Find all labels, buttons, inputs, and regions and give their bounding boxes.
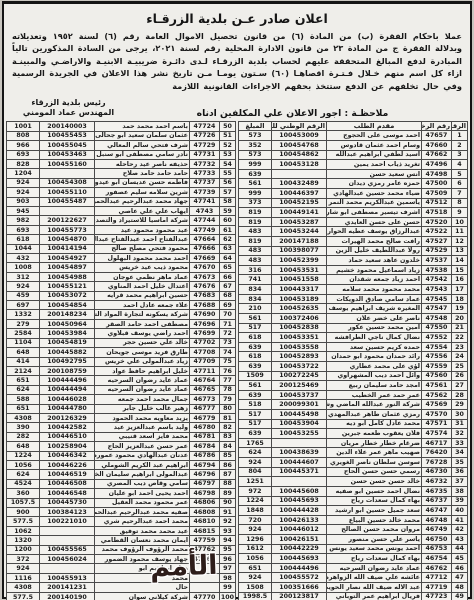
cell-row-number: 37 — [452, 477, 468, 487]
cell-row-number: 15 — [452, 265, 468, 275]
cell-license-number: 47666 — [190, 244, 220, 253]
cell-applicant-name: ياسمين عبدالكريم محمد النمر — [327, 198, 422, 208]
signature-title: رئيس بلدية الزرقاء — [11, 98, 126, 108]
cell-amount: 390 — [7, 423, 40, 432]
table-row: 5647737فاطمه حسن عديسان ابو عيدون1004543… — [7, 178, 236, 187]
cell-national-id: 100446028 — [40, 395, 95, 404]
table-row: 3476420صهيب ماهر عمر علاء الدين100438639… — [239, 448, 468, 458]
cell-national-id: 200140190 — [40, 592, 95, 600]
cell-row-number: 72 — [220, 329, 236, 338]
cell-national-id: 100398077 — [272, 246, 327, 256]
cell-amount: 573 — [239, 131, 272, 141]
cell-amount: 999 — [239, 160, 272, 170]
cell-applicant-name: حمده كريم حسين سعد — [327, 342, 422, 352]
table-body-right: 147657احمد موسى على الحجوج10045300957324… — [239, 131, 468, 600]
cell-row-number: 16 — [452, 275, 468, 285]
cell-national-id: 100454819 — [40, 338, 95, 347]
table-row: 98محمد1004559131116 — [7, 573, 236, 582]
cell-amount: 804 — [239, 467, 272, 477]
cell-amount: 2584 — [7, 329, 40, 338]
cell-amount: 414 — [7, 357, 40, 366]
table-body-left: 5047724باسم احمد محمد حمد200140003100151… — [7, 122, 236, 600]
cell-row-number: 96 — [220, 555, 236, 564]
cell-license-number: 47543 — [422, 285, 452, 295]
cell-license-number: 47496 — [422, 160, 452, 170]
cell-applicant-name: خليل ابراهيم حافظ عواد — [95, 366, 190, 375]
cell-row-number: 57 — [220, 188, 236, 197]
cell-amount: 624 — [7, 385, 40, 394]
table-row: 5747739شرين سلامه سليم عصفور100455110924 — [7, 188, 236, 197]
cell-row-number: 35 — [452, 458, 468, 468]
table-row: 5247729شرف فتحي سالم المعالي100455045966 — [7, 141, 236, 150]
cell-national-id: 100452195 — [272, 198, 327, 208]
cell-row-number: 73 — [220, 338, 236, 347]
table-row: 8846797سامي وقاص ديب المصري1004465084524 — [7, 479, 236, 488]
table-row: 8646794ابراهيم عبد الكريم الشوملي1004462… — [7, 460, 236, 469]
cell-row-number: 52 — [220, 141, 236, 150]
cell-applicant-name: شركة يسكونه لتجارة المواد التموينيه — [95, 310, 190, 319]
table-row: 5847741جهاد محمد عبدالرحيم عبدالحميد1004… — [7, 197, 236, 206]
cell-national-id: 100455160 — [40, 159, 95, 168]
cell-national-id: 100446548 — [40, 489, 95, 498]
cell-national-id: 100455572 — [272, 573, 327, 583]
cell-national-id: 100492795 — [40, 357, 95, 366]
cell-row-number: 6 — [452, 179, 468, 189]
table-row: 1247527رافت صالح محمد الهيرات20014718881… — [239, 237, 468, 247]
cell-national-id: 100452893 — [272, 352, 327, 362]
cell-row-number: 29 — [452, 400, 468, 410]
table-row: 3846735نضال احمد حسين ابو صفيه1004456089… — [239, 486, 468, 496]
cell-license-number: 47660 — [422, 140, 452, 150]
cell-amount: 819 — [239, 208, 272, 218]
cell-applicant-name: يزيد معاويه محمد الحمود — [95, 413, 190, 422]
cell-license-number: 47673 — [190, 272, 220, 281]
cell-amount: 517 — [239, 323, 272, 333]
cell-national-id: 100414194 — [40, 244, 95, 253]
table-row: 647500حمزه عامر رمزي ديدان100432489561 — [239, 179, 468, 189]
table-row: 6547670محمود ذيب عيد خريس1004548971008 — [7, 263, 236, 272]
cell-applicant-name: نادر سامي مصطفى ابو سنبل — [95, 150, 190, 159]
cell-license-number: 46794 — [190, 460, 220, 469]
table-row: 947518اشرف تيسير مصطفى ابو شاروف10044914… — [239, 208, 468, 218]
cell-row-number: 68 — [220, 291, 236, 300]
col-header-license-number: رقم الرخصة — [422, 122, 452, 131]
cell-license-number: 47562 — [422, 390, 452, 400]
cell-national-id: 100446510 — [40, 432, 95, 441]
cell-national-id: 100442229 — [272, 544, 327, 554]
table-row: 5347731نادر سامي مصطفى ابو سنبل100453463… — [7, 150, 236, 159]
table-row: 9547762محمد الرؤوف الرؤوف محمد1004555651… — [7, 545, 236, 554]
cell-national-id: 100446508 — [40, 479, 95, 488]
cell-amount: 639 — [239, 429, 272, 439]
cell-amount: 1765 — [239, 438, 272, 448]
cell-row-number: 60 — [220, 216, 236, 225]
cell-license-number: 47518 — [422, 208, 452, 218]
cell-applicant-name: عبد الاله ضيف الله نصار الحويطات — [327, 582, 422, 592]
cell-amount: 352 — [239, 140, 272, 150]
cell-license-number: 4743 — [190, 207, 220, 216]
cell-applicant-name: ايمان محمد نعسان القطامي — [95, 536, 190, 545]
cell-national-id: 100442582 — [40, 423, 95, 432]
announcement-page: اعلان صادر عـن بلدية الزرقـاء عملا باحكا… — [2, 1, 472, 599]
cell-row-number: 3 — [452, 150, 468, 160]
table-row: 4146748محمد خالد حسين البياع100426133720 — [239, 515, 468, 525]
cell-national-id — [40, 169, 95, 178]
table-row: 5447732حذيفه ناصر عيد رحاحله100455160828 — [7, 159, 236, 168]
cell-applicant-name: رافت صالح محمد الهيرات — [327, 237, 422, 247]
cell-national-id: 100453351 — [272, 333, 327, 343]
header-bottom-row: رئيس بلدية الزرقاء المهندس عماد المومني … — [11, 93, 463, 119]
cell-row-number: 58 — [220, 197, 236, 206]
cell-amount: 1251 — [239, 477, 272, 487]
cell-amount: 651 — [7, 376, 40, 385]
cell-amount: 4524 — [7, 479, 40, 488]
cell-row-number: 36 — [452, 467, 468, 477]
cell-row-number: 69 — [220, 301, 236, 310]
cell-national-id: 100372406 — [272, 313, 327, 323]
cell-amount: 1062 — [7, 526, 40, 535]
cell-applicant-name: امجد حامد سليمان ربيع — [327, 381, 422, 391]
cell-row-number: 95 — [220, 545, 236, 554]
cell-amount: 577.5 — [7, 517, 40, 526]
cell-amount: 1200 — [7, 545, 40, 554]
cell-license-number: 46730 — [422, 467, 452, 477]
cell-amount: 693 — [7, 150, 40, 159]
cell-applicant-name: جهاد يوسف محمود الضمور — [95, 555, 190, 564]
table-row: 594743ايهاب علي علي عاصي945 — [7, 207, 236, 216]
table-row: 4747712عائشه علي ضيف الله الزواهره100455… — [239, 573, 468, 583]
table-row: 4246749مروان محمد حسن الصالح100446012924 — [239, 525, 468, 535]
cell-row-number: 20 — [452, 313, 468, 323]
table-row: 3576728سوسن سلطان ناصر الغويري1004446079… — [239, 458, 468, 468]
cell-row-number: 81 — [220, 413, 236, 422]
cell-license-number: 47711 — [190, 366, 220, 375]
table-row: 7347702خالد علي حسين حجر1004548191104 — [7, 338, 236, 347]
cell-amount: 834 — [239, 294, 272, 304]
cell-national-id — [40, 564, 95, 573]
cell-amount: 1204 — [7, 169, 40, 178]
cell-national-id: 100454988 — [40, 272, 95, 281]
cell-amount: 697 — [7, 301, 40, 310]
cell-license-number: 47509 — [422, 189, 452, 199]
cell-row-number: 54 — [220, 159, 236, 168]
cell-applicant-name: محمود فتحي مصلح صالح — [95, 244, 190, 253]
cell-row-number: 90 — [220, 498, 236, 507]
cell-national-id: 100272245 — [272, 371, 327, 381]
cell-row-number: 79 — [220, 395, 236, 404]
cell-national-id — [40, 207, 95, 216]
cell-applicant-name: اسيد لطفي ابراهيم عبدالله — [327, 150, 422, 160]
cell-amount: 903 — [7, 197, 40, 206]
cell-amount: 639 — [239, 342, 272, 352]
cell-applicant-name: احمد محمد محمود البهلول — [95, 254, 190, 263]
cell-amount: 1332 — [7, 310, 40, 319]
cell-national-id: 100451558 — [272, 275, 327, 285]
cell-applicant-name: عبدالرزاق يوسف عطيه الحواري — [327, 227, 422, 237]
cell-applicant-name: محمد عادل كامل ابو ديه — [327, 419, 422, 429]
cell-row-number: 45 — [452, 554, 468, 564]
cell-license-number: 47520 — [422, 217, 452, 227]
cell-national-id: 100444496 — [40, 376, 95, 385]
table-row: 7447708طارق فريد موسى جويحان100445882648 — [7, 348, 236, 357]
cell-row-number: 30 — [452, 410, 468, 420]
table-row: 9346815عيد محمد محمد توفيق1062 — [7, 526, 236, 535]
cell-amount: 573 — [239, 150, 272, 160]
cell-applicant-name: شرين سلامه سليم عصفور — [95, 188, 190, 197]
cell-applicant-name: عثمان سلمان سعيد ابو جحالى — [95, 131, 190, 140]
cell-row-number: 9 — [452, 208, 468, 218]
cell-license-number: 47709 — [190, 357, 220, 366]
col-header-amount: المبلغ — [239, 122, 272, 131]
cell-national-id: 100454308 — [40, 178, 95, 187]
cell-applicant-name: حسن على حسن العايدي — [327, 217, 422, 227]
cell-row-number: 84 — [220, 442, 236, 451]
table-row: 1347529رولا عبداللطيف خليل الزين10039807… — [239, 246, 468, 256]
cell-amount: 648 — [7, 348, 40, 357]
table-row: 8546786عدنان عبدالهادي محمود عموره100446… — [7, 451, 236, 460]
cell-license-number: 47548 — [422, 313, 452, 323]
cell-license-number: 47569 — [422, 400, 452, 410]
cell-amount: 999 — [239, 189, 272, 199]
table-row: 9647764جهاد يوسف محمود الضمور10045602437… — [7, 555, 236, 564]
cell-row-number: 56 — [220, 178, 236, 187]
cell-row-number: 22 — [452, 333, 468, 343]
cell-row-number: 46 — [452, 563, 468, 573]
cell-license-number: 46781 — [190, 432, 220, 441]
cell-amount: 924 — [239, 525, 272, 535]
cell-license-number: 47550 — [422, 323, 452, 333]
cell-amount: 618 — [7, 235, 40, 244]
cell-row-number: 14 — [452, 256, 468, 266]
cell-amount: 1056 — [7, 460, 40, 469]
cell-license-number: 46797 — [190, 479, 220, 488]
cell-applicant-name: محمد خالد حسين البياع — [327, 515, 422, 525]
cell-applicant-name: سعد جميل حسين ابو ارشيد — [327, 506, 422, 516]
cell-applicant-name: شرف فتحي سالم المعالي — [95, 141, 190, 150]
cell-row-number: 5 — [452, 169, 468, 179]
table-row: 6347666محمود فتحي مصلح صالح1004141941044 — [7, 244, 236, 253]
cell-amount: 1057.5 — [7, 498, 40, 507]
cell-amount: 1508 — [239, 582, 272, 592]
cell-row-number: 39 — [452, 496, 468, 506]
table-row: 2847562عمر حمد عمر الخطيب100453737639 — [239, 390, 468, 400]
cell-row-number: 21 — [452, 323, 468, 333]
cell-license-number: 46762 — [422, 563, 452, 573]
taxpayers-table-left-half: 5047724باسم احمد محمد حمد200140003100151… — [6, 121, 236, 600]
cell-national-id — [40, 536, 95, 545]
cell-amount: 432 — [7, 254, 40, 263]
cell-applicant-name: ضياء محمد حسين عبدالهادي — [327, 189, 422, 199]
cell-row-number: 65 — [220, 263, 236, 272]
table-row: 4046747سعد جميل حسين ابو ارشيد1004444281… — [239, 506, 468, 516]
cell-national-id: 100452838 — [272, 323, 327, 333]
table-row: 8746796عبدالمولى ابراهيم سليمان الخلايله… — [7, 470, 236, 479]
cell-license-number: 46753 — [422, 544, 452, 554]
cell-amount: 618 — [239, 352, 272, 362]
taxpayers-table-right-half: الرقم رقم الرخصة مقدم الطلب الرقم الوطني… — [238, 121, 468, 600]
cell-license-number: 47669 — [190, 254, 220, 263]
cell-license-number: 46810 — [190, 517, 220, 526]
table-row: 9146808صفيه محمد عبدالرحيم عبدالحميد1003… — [7, 508, 236, 517]
cell-applicant-name: شركة النور عبدالله الماضي وشريكته — [327, 400, 422, 410]
cell-applicant-name: صهيب ماهر عمر علاء الدين — [327, 448, 422, 458]
cell-license-number: 47764 — [190, 555, 220, 564]
cell-amount: 834 — [239, 285, 272, 295]
cell-row-number: 61 — [220, 225, 236, 234]
cell-applicant-name: محمد الرؤوف الرؤوف محمد — [95, 545, 190, 554]
cell-amount: 624 — [239, 448, 272, 458]
cell-license-number: 47527 — [422, 237, 452, 247]
signature-name: المهندس عماد المومني — [11, 108, 126, 118]
cell-license-number: 46773 — [190, 395, 220, 404]
cell-national-id: 200122627 — [40, 216, 95, 225]
cell-row-number: 48 — [452, 582, 468, 592]
cell-amount: 618 — [239, 333, 272, 343]
table-row: 8046777زهير غالب خليل جابر100444780651 — [7, 404, 236, 413]
cell-national-id: 200125469 — [272, 381, 327, 391]
cell-amount: 639 — [239, 361, 272, 371]
cell-license-number: 46764 — [190, 376, 220, 385]
cell-applicant-name: عماد ماهر نظمي عوجان — [95, 272, 190, 281]
cell-row-number: 8 — [452, 198, 468, 208]
cell-row-number: 88 — [220, 479, 236, 488]
cell-license-number: 46780 — [190, 423, 220, 432]
cell-applicant-name: ابراهيم عبد الكريم الشوملي — [95, 460, 190, 469]
cell-amount: 279 — [7, 319, 40, 328]
cell-license-number: 46798 — [190, 489, 220, 498]
cell-national-id: 100453463 — [40, 150, 95, 159]
cell-amount: 483 — [239, 227, 272, 237]
cell-license-number: 47545 — [422, 294, 452, 304]
cell-national-id: 100453531 — [272, 265, 327, 275]
cell-row-number: 42 — [452, 525, 468, 535]
table-row: 7647711خليل ابراهيم حافظ عواد20010875921… — [7, 366, 236, 375]
cell-national-id: 100453558 — [272, 342, 327, 352]
table-row: 4646762عماد عايد رضوان السرحيه1004444966… — [239, 563, 468, 573]
cell-row-number: 76 — [220, 366, 236, 375]
cell-national-id: 100258904 — [40, 442, 95, 451]
cell-national-id: 200141231 — [40, 583, 95, 592]
cell-license-number: 46737 — [422, 496, 452, 506]
table-row: 8246780وليد باسم عبدالعزيز عيد1004425823… — [7, 423, 236, 432]
table-row: 2347554حمده كريم حسين سعد100453558639 — [239, 342, 468, 352]
cell-row-number: 26 — [452, 371, 468, 381]
cell-amount: 1320 — [7, 536, 40, 545]
cell-amount: 2124 — [7, 366, 40, 375]
cell-applicant-name: عمر حسن عبدالعزيز الحاج — [95, 442, 190, 451]
cell-license-number: 47657 — [422, 131, 452, 141]
cell-license-number: 47699 — [190, 329, 220, 338]
table-row: 847512ياسمين عبدالكريم محمد النمر1004521… — [239, 198, 468, 208]
cell-amount: 1998.5 — [239, 592, 272, 600]
table-row: 247660وسام احمد عثمان قادوس100454768352 — [239, 140, 468, 150]
cell-applicant-name: مصطفى احمد حامد الصقر — [95, 319, 190, 328]
table-row: 7147696مصطفى احمد حامد الصقر100450964279 — [7, 319, 236, 328]
table-row: 97هيام ابراهيم ابو924 — [7, 564, 236, 573]
cell-applicant-name: عماد سامي صادق الدويكات — [327, 294, 422, 304]
cell-applicant-name: احمد موسى على الحجوج — [327, 131, 422, 141]
cell-license-number: 47547 — [422, 304, 452, 314]
cell-national-id: 100455045 — [40, 141, 95, 150]
cell-applicant-name: حال — [95, 583, 190, 592]
cell-row-number: 12 — [452, 237, 468, 247]
cell-national-id: 100455773 — [40, 225, 95, 234]
cell-row-number: 1 — [452, 131, 468, 141]
cell-row-number: 50 — [220, 122, 236, 131]
table-row: 1147522عبدالرزاق يوسف عطيه الحواري100453… — [239, 227, 468, 237]
cell-applicant-name: عيد محمد محمد توفيق — [95, 526, 190, 535]
cell-license-number: 47744 — [190, 216, 220, 225]
table-row: 3247574فلان يعقوب طعمه جبرين100453255639 — [239, 429, 468, 439]
cell-license-number: 46765 — [190, 385, 220, 394]
cell-amount: 648 — [7, 442, 40, 451]
cell-applicant-name: عماد عايد رضوان السرحيه — [327, 563, 422, 573]
cell-national-id: 100453904 — [272, 419, 327, 429]
cell-license-number: 76420 — [422, 448, 452, 458]
page-title: اعلان صادر عـن بلدية الزرقـاء — [7, 11, 467, 26]
cell-national-id: 100452399 — [272, 256, 327, 266]
cell-license-number: 47662 — [422, 150, 452, 160]
cell-national-id: 100454927 — [40, 254, 95, 263]
table-row: 2747561امجد حامد سليمان ربيع200125469561 — [239, 381, 468, 391]
cell-license-number: 47737 — [190, 178, 220, 187]
cell-national-id: 100445693 — [272, 554, 327, 564]
cell-license-number: 47702 — [190, 338, 220, 347]
cell-amount: 1296 — [239, 534, 272, 544]
cell-national-id: 100453287 — [272, 217, 327, 227]
cell-national-id: 100455453 — [40, 131, 95, 140]
cell-national-id: 100432489 — [272, 179, 327, 189]
cell-national-id: 100455565 — [40, 545, 95, 554]
cell-national-id: 100443317 — [272, 285, 327, 295]
cell-national-id: 200126329 — [40, 413, 95, 422]
cell-license-number: 47733 — [190, 169, 220, 178]
cell-amount: 819 — [239, 237, 272, 247]
cell-applicant-name: هيام ابراهيم ابو — [95, 564, 190, 573]
table-row: 3946737بهاء كمال سعدات رياح1004456931224 — [239, 496, 468, 506]
cell-license-number: 47683 — [190, 291, 220, 300]
cell-row-number: 25 — [452, 361, 468, 371]
table-row: 2047548ناصر على خضر علان100372406561 — [239, 313, 468, 323]
cell-row-number: 38 — [452, 486, 468, 496]
table-row: 3646730رسمي حسن حسن الحاج100445371804 — [239, 467, 468, 477]
cell-license-number — [190, 583, 220, 592]
cell-national-id — [272, 169, 327, 179]
cell-amount: 966 — [7, 141, 40, 150]
cell-license-number: 46750 — [422, 534, 452, 544]
cell-amount: 483 — [239, 256, 272, 266]
table-row: 99حال2001412314308 — [7, 583, 236, 592]
cell-license-number: 47537 — [422, 256, 452, 266]
cell-license-number: 47512 — [422, 198, 452, 208]
table-row: 1547538زياد اسماعيل محمود خشيم1004535313… — [239, 265, 468, 275]
cell-applicant-name: عبدالفتاح احمد عبدالفتاح عبدالله — [95, 235, 190, 244]
cell-license-number: 47762 — [190, 545, 220, 554]
cell-amount: 518 — [239, 400, 272, 410]
cell-license-number: 46747 — [422, 506, 452, 516]
cell-row-number: 100 — [220, 592, 236, 600]
table-row: 10047770شركة كيلاني سوان200140190577.5 — [7, 592, 236, 600]
cell-national-id: 100384123 — [40, 508, 95, 517]
cell-amount: 924 — [239, 458, 272, 468]
cell-license-number: 47554 — [422, 342, 452, 352]
cell-amount: 924 — [7, 178, 40, 187]
cell-national-id: 100450964 — [40, 319, 95, 328]
cell-amount: 312 — [7, 272, 40, 281]
cell-national-id — [272, 438, 327, 448]
cell-national-id: 100453072 — [40, 291, 95, 300]
announcement-body-text: عملا باحكام الفقرة (ب) من المادة (٦) من … — [12, 30, 462, 92]
